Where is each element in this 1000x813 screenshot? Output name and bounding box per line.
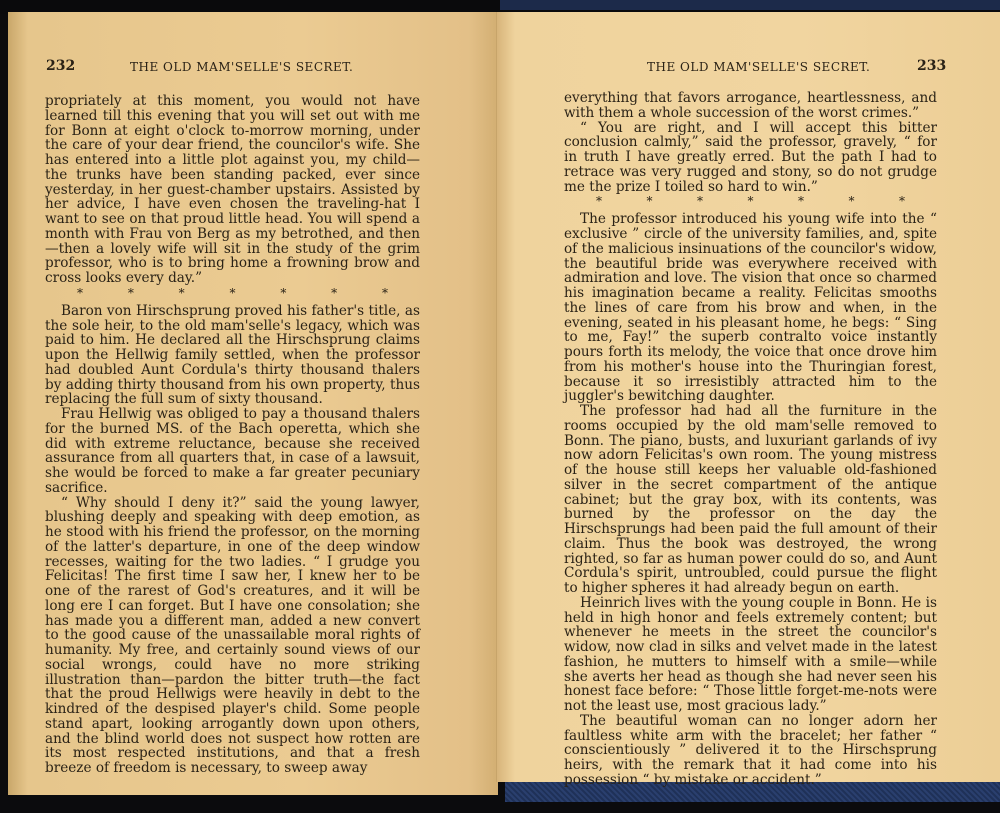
asterisk: * (798, 194, 804, 210)
asterisk: * (179, 286, 185, 302)
paragraph: “ You are right, and I will accept this … (564, 121, 937, 195)
paragraph: everything that favors arrogance, heartl… (564, 91, 937, 121)
asterisk: * (77, 286, 83, 302)
page-body: everything that favors arrogance, heartl… (564, 91, 937, 788)
paragraph: The professor introduced his young wife … (564, 212, 937, 404)
right-page: THE OLD MAM'SELLE'S SECRET. 233 everythi… (497, 12, 1000, 782)
asterisk: * (849, 194, 855, 210)
asterisk: * (229, 286, 235, 302)
paragraph: Baron von Hirschsprung proved his father… (45, 304, 420, 407)
asterisk: * (899, 194, 905, 210)
asterisk: * (128, 286, 134, 302)
asterisk: * (331, 286, 337, 302)
asterisk: * (382, 286, 388, 302)
section-break: * * * * * * * (45, 286, 420, 302)
asterisk: * (596, 194, 602, 210)
paragraph: “ Why should I deny it?” said the young … (45, 496, 420, 776)
page-number: 233 (917, 58, 946, 74)
book-cover-cloth-top (500, 0, 1000, 10)
page-number: 232 (46, 58, 75, 74)
asterisk: * (697, 194, 703, 210)
page-body: propriately at this moment, you would no… (45, 94, 420, 776)
section-break: * * * * * * * (564, 194, 937, 210)
left-page: 232 THE OLD MAM'SELLE'S SECRET. propriat… (8, 12, 498, 795)
paragraph: The beautiful woman can no longer adorn … (564, 714, 937, 788)
running-head: THE OLD MAM'SELLE'S SECRET. (130, 60, 353, 74)
asterisk: * (647, 194, 653, 210)
paragraph: propriately at this moment, you would no… (45, 94, 420, 286)
paragraph: The professor had had all the furniture … (564, 404, 937, 596)
paragraph: Heinrich lives with the young couple in … (564, 596, 937, 714)
asterisk: * (280, 286, 286, 302)
asterisk: * (748, 194, 754, 210)
running-head: THE OLD MAM'SELLE'S SECRET. (647, 60, 870, 74)
paragraph: Frau Hellwig was obliged to pay a thousa… (45, 407, 420, 496)
